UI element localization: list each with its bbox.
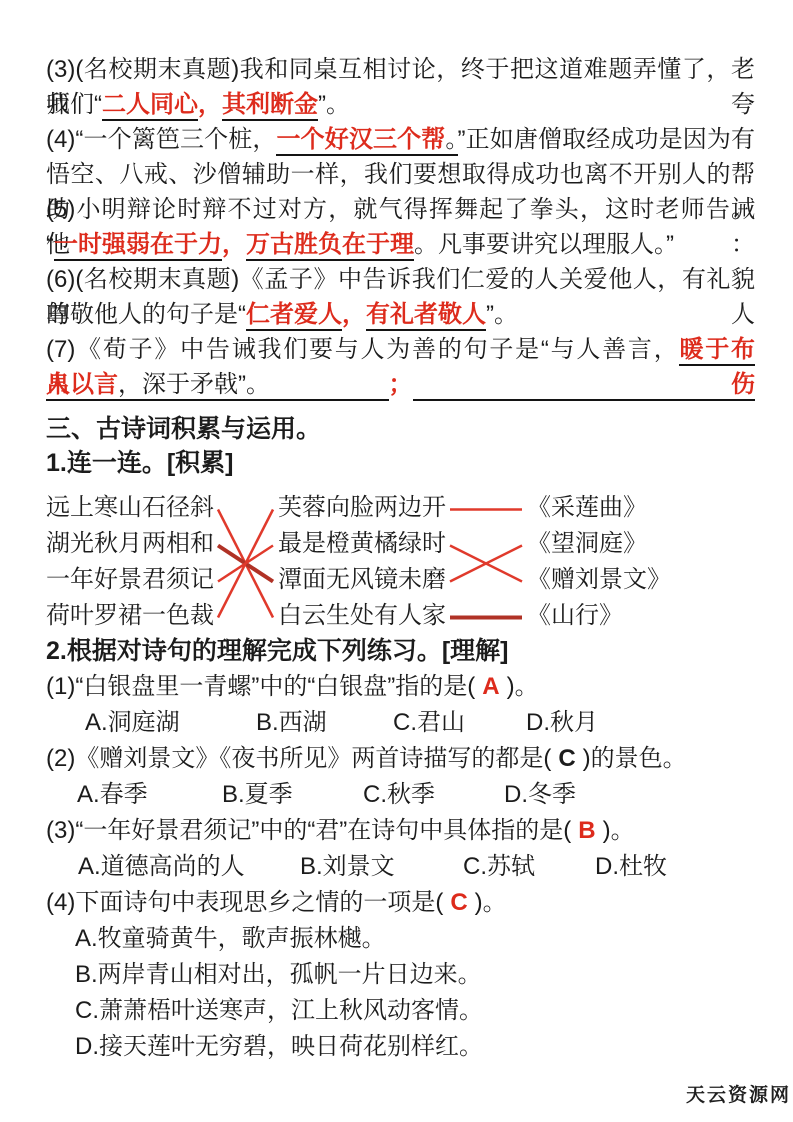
section-heading: 三、古诗词积累与运用。 — [46, 412, 755, 447]
poem-title: 《山行》 — [527, 598, 671, 634]
poem-second-half-column: 芙蓉向脸两边开最是橙黄橘绿时潭面无风镜未磨白云生处有人家 — [278, 490, 446, 634]
option-item: C.苏轼 — [463, 849, 595, 885]
text-run: 。凡事要讲究以理服人。” — [414, 231, 674, 258]
option-item: C.君山 — [393, 705, 526, 741]
text-run: ”正如唐僧取经成功是因为有 — [458, 126, 756, 153]
text-run: 尊敬他人的句子是“ — [46, 301, 246, 328]
option-item: B.西湖 — [256, 705, 393, 741]
option-item: D.杜牧 — [595, 849, 755, 885]
option-item: B.夏季 — [222, 777, 363, 813]
text-run: 我们“ — [46, 91, 102, 118]
poem-second-half: 最是橙黄橘绿时 — [278, 526, 446, 562]
poem-second-half: 芙蓉向脸两边开 — [278, 490, 446, 526]
fill-in-answer: ； — [389, 371, 413, 398]
text-run: ”。 — [486, 301, 518, 328]
fill-in-blank-section: (3)(名校期末真题)我和同桌互相讨论，终于把这道难题弄懂了，老师夸我们“二人同… — [46, 52, 755, 402]
text-run: ，深于矛戟”。 — [118, 371, 270, 398]
fill-in-answer: 二人同心 — [102, 91, 198, 121]
poem-title-text: 《望洞庭》 — [527, 530, 647, 557]
option-item: B.刘景文 — [300, 849, 463, 885]
fill-in-answer: 伤 — [413, 371, 756, 401]
fill-in-answer: 万古胜负在于理 — [246, 231, 414, 261]
question-text: )。 — [507, 673, 539, 700]
poem-first-half-text: 远上寒山石径斜 — [46, 494, 214, 521]
option-item: D.秋月 — [526, 705, 755, 741]
option-item: C.秋季 — [363, 777, 504, 813]
option-line: D.接天莲叶无穷碧，映日荷花别样红。 — [46, 1029, 755, 1065]
worksheet-content: (3)(名校期末真题)我和同桌互相讨论，终于把这道难题弄懂了，老师夸我们“二人同… — [0, 0, 793, 1065]
poem-first-half: 一年好景君须记 — [46, 562, 214, 598]
fill-in-answer: 有礼者敬人 — [366, 301, 486, 331]
poem-first-half-text: 一年好景君须记 — [46, 566, 214, 593]
question-stem: (2)《赠刘景文》《夜书所见》两首诗描写的都是(C)的景色。 — [46, 741, 755, 777]
poem-title-text: 《赠刘景文》 — [527, 566, 671, 593]
question-text: )。 — [603, 817, 635, 844]
worksheet-line: (3)(名校期末真题)我和同桌互相讨论，终于把这道难题弄懂了，老师夸 — [46, 52, 755, 87]
poem-second-half-text: 潭面无风镜未磨 — [278, 566, 446, 593]
poem-first-half-column: 远上寒山石径斜湖光秋月两相和一年好景君须记荷叶罗裙一色裁 — [46, 490, 214, 634]
question-stem: (4)下面诗句中表现思乡之情的一项是(C)。 — [46, 885, 755, 921]
fill-in-answer: 人以言 — [46, 371, 118, 401]
connection-line — [450, 546, 522, 582]
options-row: A.洞庭湖B.西湖C.君山D.秋月 — [46, 705, 755, 741]
option-item: A.道德高尚的人 — [78, 849, 300, 885]
option-line: C.萧萧梧叶送寒声，江上秋风动客情。 — [46, 993, 755, 1029]
connection-line — [218, 546, 273, 582]
worksheet-page: { "page": { "background": "#ffffff", "te… — [0, 0, 793, 1122]
fill-in-answer: ， — [222, 231, 246, 258]
question-text: (2)《赠刘景文》《夜书所见》两首诗描写的都是( — [46, 745, 551, 772]
worksheet-line: 悟空、八戒、沙僧辅助一样，我们要想取得成功也离不开别人的帮助。 — [46, 157, 755, 192]
connection-line — [218, 546, 273, 582]
poem-first-half-text: 荷叶罗裙一色裁 — [46, 602, 214, 629]
text-run: ”。 — [318, 91, 350, 118]
fill-in-answer: ， — [198, 91, 222, 118]
multiple-choice-section: (1)“白银盘里一青螺”中的“白银盘”指的是(A)。A.洞庭湖B.西湖C.君山D… — [46, 669, 755, 1065]
option-line: A.牧童骑黄牛，歌声振林樾。 — [46, 921, 755, 957]
option-item: A.春季 — [77, 777, 222, 813]
poem-title: 《采莲曲》 — [527, 490, 671, 526]
question-stem: (3)“一年好景君须记”中的“君”在诗句中具体指的是(B)。 — [46, 813, 755, 849]
option-line: B.两岸青山相对出，孤帆一片日边来。 — [46, 957, 755, 993]
options-row: A.道德高尚的人B.刘景文C.苏轼D.杜牧 — [46, 849, 755, 885]
text-run: 。 — [445, 126, 457, 156]
poem-second-half: 白云生处有人家 — [278, 598, 446, 634]
worksheet-line: (5)小明辩论时辩不过对方，就气得挥舞起了拳头，这时老师告诫他： — [46, 192, 755, 227]
question-text: (1)“白银盘里一青螺”中的“白银盘”指的是( — [46, 673, 475, 700]
option-item: D.冬季 — [504, 777, 755, 813]
text-run: (7)《荀子》中告诫我们要与人为善的句子是“与人善言， — [46, 336, 679, 363]
poem-second-half-text: 白云生处有人家 — [278, 602, 446, 629]
poem-title-column: 《采莲曲》《望洞庭》《赠刘景文》《山行》 — [527, 490, 671, 634]
answer-letter: A — [482, 673, 499, 700]
options-row: A.春季B.夏季C.秋季D.冬季 — [46, 777, 755, 813]
fill-in-answer: 仁者爱人 — [246, 301, 342, 331]
poem-first-half: 荷叶罗裙一色裁 — [46, 598, 214, 634]
question-stem: (1)“白银盘里一青螺”中的“白银盘”指的是(A)。 — [46, 669, 755, 705]
watermark: 天云资源网 — [686, 1080, 791, 1107]
worksheet-line: “一时强弱在于力，万古胜负在于理。凡事要讲究以理服人。” — [46, 227, 755, 262]
worksheet-line: (4)“一个篱笆三个桩，一个好汉三个帮。”正如唐僧取经成功是因为有 — [46, 122, 755, 157]
fill-in-answer: 一个好汉三个帮 — [276, 126, 445, 156]
poem-title-text: 《采莲曲》 — [527, 494, 647, 521]
worksheet-line: (7)《荀子》中告诫我们要与人为善的句子是“与人善言，暖于布帛；伤 — [46, 332, 755, 367]
poem-first-half: 湖光秋月两相和 — [46, 526, 214, 562]
poem-title-text: 《山行》 — [527, 602, 623, 629]
option-item: A.洞庭湖 — [85, 705, 256, 741]
worksheet-line: (6)(名校期末真题)《孟子》中告诉我们仁爱的人关爱他人，有礼貌的人 — [46, 262, 755, 297]
exercise2-title: 2.根据对诗句的理解完成下列练习。[理解] — [46, 634, 755, 669]
answer-letter: C — [450, 889, 467, 916]
connection-line — [450, 546, 522, 582]
answer-letter: B — [578, 817, 595, 844]
fill-in-answer: ， — [342, 301, 366, 328]
poem-second-half-text: 芙蓉向脸两边开 — [278, 494, 446, 521]
connection-line — [218, 510, 273, 618]
poem-first-half-text: 湖光秋月两相和 — [46, 530, 214, 557]
question-text: (4)下面诗句中表现思乡之情的一项是( — [46, 889, 443, 916]
exercise1-title: 1.连一连。[积累] — [46, 447, 755, 480]
question-text: (3)“一年好景君须记”中的“君”在诗句中具体指的是( — [46, 817, 571, 844]
text-run: (4)“一个篱笆三个桩， — [46, 126, 276, 153]
answer-letter: C — [558, 745, 575, 772]
question-text: )。 — [475, 889, 507, 916]
fill-in-answer: 其利断金 — [222, 91, 318, 121]
poem-second-half-text: 最是橙黄橘绿时 — [278, 530, 446, 557]
text-run: “ — [46, 231, 54, 258]
poem-title: 《望洞庭》 — [527, 526, 671, 562]
poem-title: 《赠刘景文》 — [527, 562, 671, 598]
question-text: )的景色。 — [583, 745, 687, 772]
connection-line — [218, 510, 273, 618]
poem-first-half: 远上寒山石径斜 — [46, 490, 214, 526]
matching-exercise: 远上寒山石径斜湖光秋月两相和一年好景君须记荷叶罗裙一色裁 芙蓉向脸两边开最是橙黄… — [46, 490, 755, 634]
poem-second-half: 潭面无风镜未磨 — [278, 562, 446, 598]
fill-in-answer: 一时强弱在于力 — [54, 231, 222, 261]
